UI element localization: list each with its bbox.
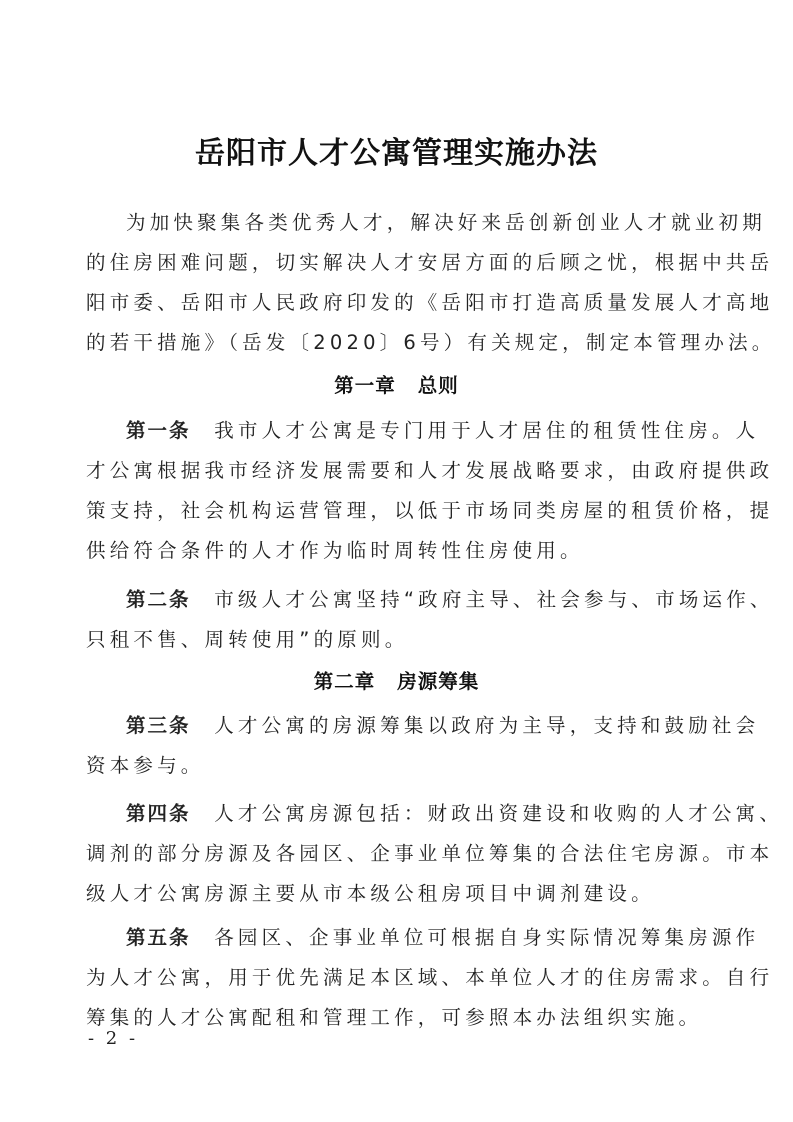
article-label: 第五条: [126, 926, 191, 949]
article-line: 才公寓根据我市经济发展需要和人才发展战略要求，由政府提供政: [86, 451, 712, 491]
article-line: 只租不售、周转使用”的原则。: [86, 620, 712, 660]
article-text: 各园区、企事业单位可根据自身实际情况筹集房源作: [214, 926, 759, 949]
article-text: 市级人才公寓坚持“政府主导、社会参与、市场运作、: [214, 588, 773, 611]
article-line: 策支持，社会机构运营管理，以低于市场同类房屋的租赁价格，提: [86, 491, 712, 531]
document-title: 岳阳市人才公寓管理实施办法: [0, 128, 793, 172]
chapter-name: 房源筹集: [397, 670, 479, 693]
article-text: 人才公寓房源包括：财政出资建设和收购的人才公寓、: [214, 802, 783, 825]
chapter-number: 第二章: [314, 670, 376, 693]
article-3: 第三条 人才公寓的房源筹集以政府为主导，支持和鼓励社会: [86, 706, 752, 746]
preamble-line: 的若干措施》（岳发〔2020〕6号）有关规定，制定本管理办法。: [86, 323, 712, 363]
chapter-heading-1: 第一章总则: [0, 366, 793, 406]
article-line: 级人才公寓房源主要从市本级公租房项目中调剂建设。: [86, 874, 712, 914]
chapter-number: 第一章: [334, 374, 396, 397]
article-line: 调剂的部分房源及各园区、企事业单位筹集的合法住宅房源。市本: [86, 834, 712, 874]
article-line: 供给符合条件的人才作为临时周转性住房使用。: [86, 531, 712, 571]
preamble-line: 的住房困难问题，切实解决人才安居方面的后顾之忧，根据中共岳: [86, 243, 712, 283]
article-label: 第一条: [126, 419, 191, 442]
preamble-line: 为加快聚集各类优秀人才，解决好来岳创新创业人才就业初期: [86, 203, 752, 243]
article-line: 资本参与。: [86, 746, 712, 786]
article-text: 我市人才公寓是专门用于人才居住的租赁性住房。人: [214, 419, 759, 442]
article-5: 第五条 各园区、企事业单位可根据自身实际情况筹集房源作: [86, 918, 752, 958]
chapter-heading-2: 第二章房源筹集: [0, 662, 793, 702]
article-2: 第二条 市级人才公寓坚持“政府主导、社会参与、市场运作、: [86, 580, 752, 620]
article-label: 第二条: [126, 588, 191, 611]
preamble-line: 阳市委、岳阳市人民政府印发的《岳阳市打造高质量发展人才高地: [86, 283, 712, 323]
article-text: 人才公寓的房源筹集以政府为主导，支持和鼓励社会: [214, 714, 759, 737]
article-label: 第四条: [126, 802, 191, 825]
article-line: 为人才公寓，用于优先满足本区域、本单位人才的住房需求。自行: [86, 958, 712, 998]
article-4: 第四条 人才公寓房源包括：财政出资建设和收购的人才公寓、: [86, 794, 752, 834]
document-page: 岳阳市人才公寓管理实施办法 为加快聚集各类优秀人才，解决好来岳创新创业人才就业初…: [0, 0, 793, 1122]
page-number: - 2 -: [88, 1028, 138, 1049]
article-line: 筹集的人才公寓配租和管理工作，可参照本办法组织实施。: [86, 998, 712, 1038]
article-label: 第三条: [126, 714, 191, 737]
chapter-name: 总则: [418, 374, 459, 397]
article-1: 第一条 我市人才公寓是专门用于人才居住的租赁性住房。人: [86, 411, 752, 451]
